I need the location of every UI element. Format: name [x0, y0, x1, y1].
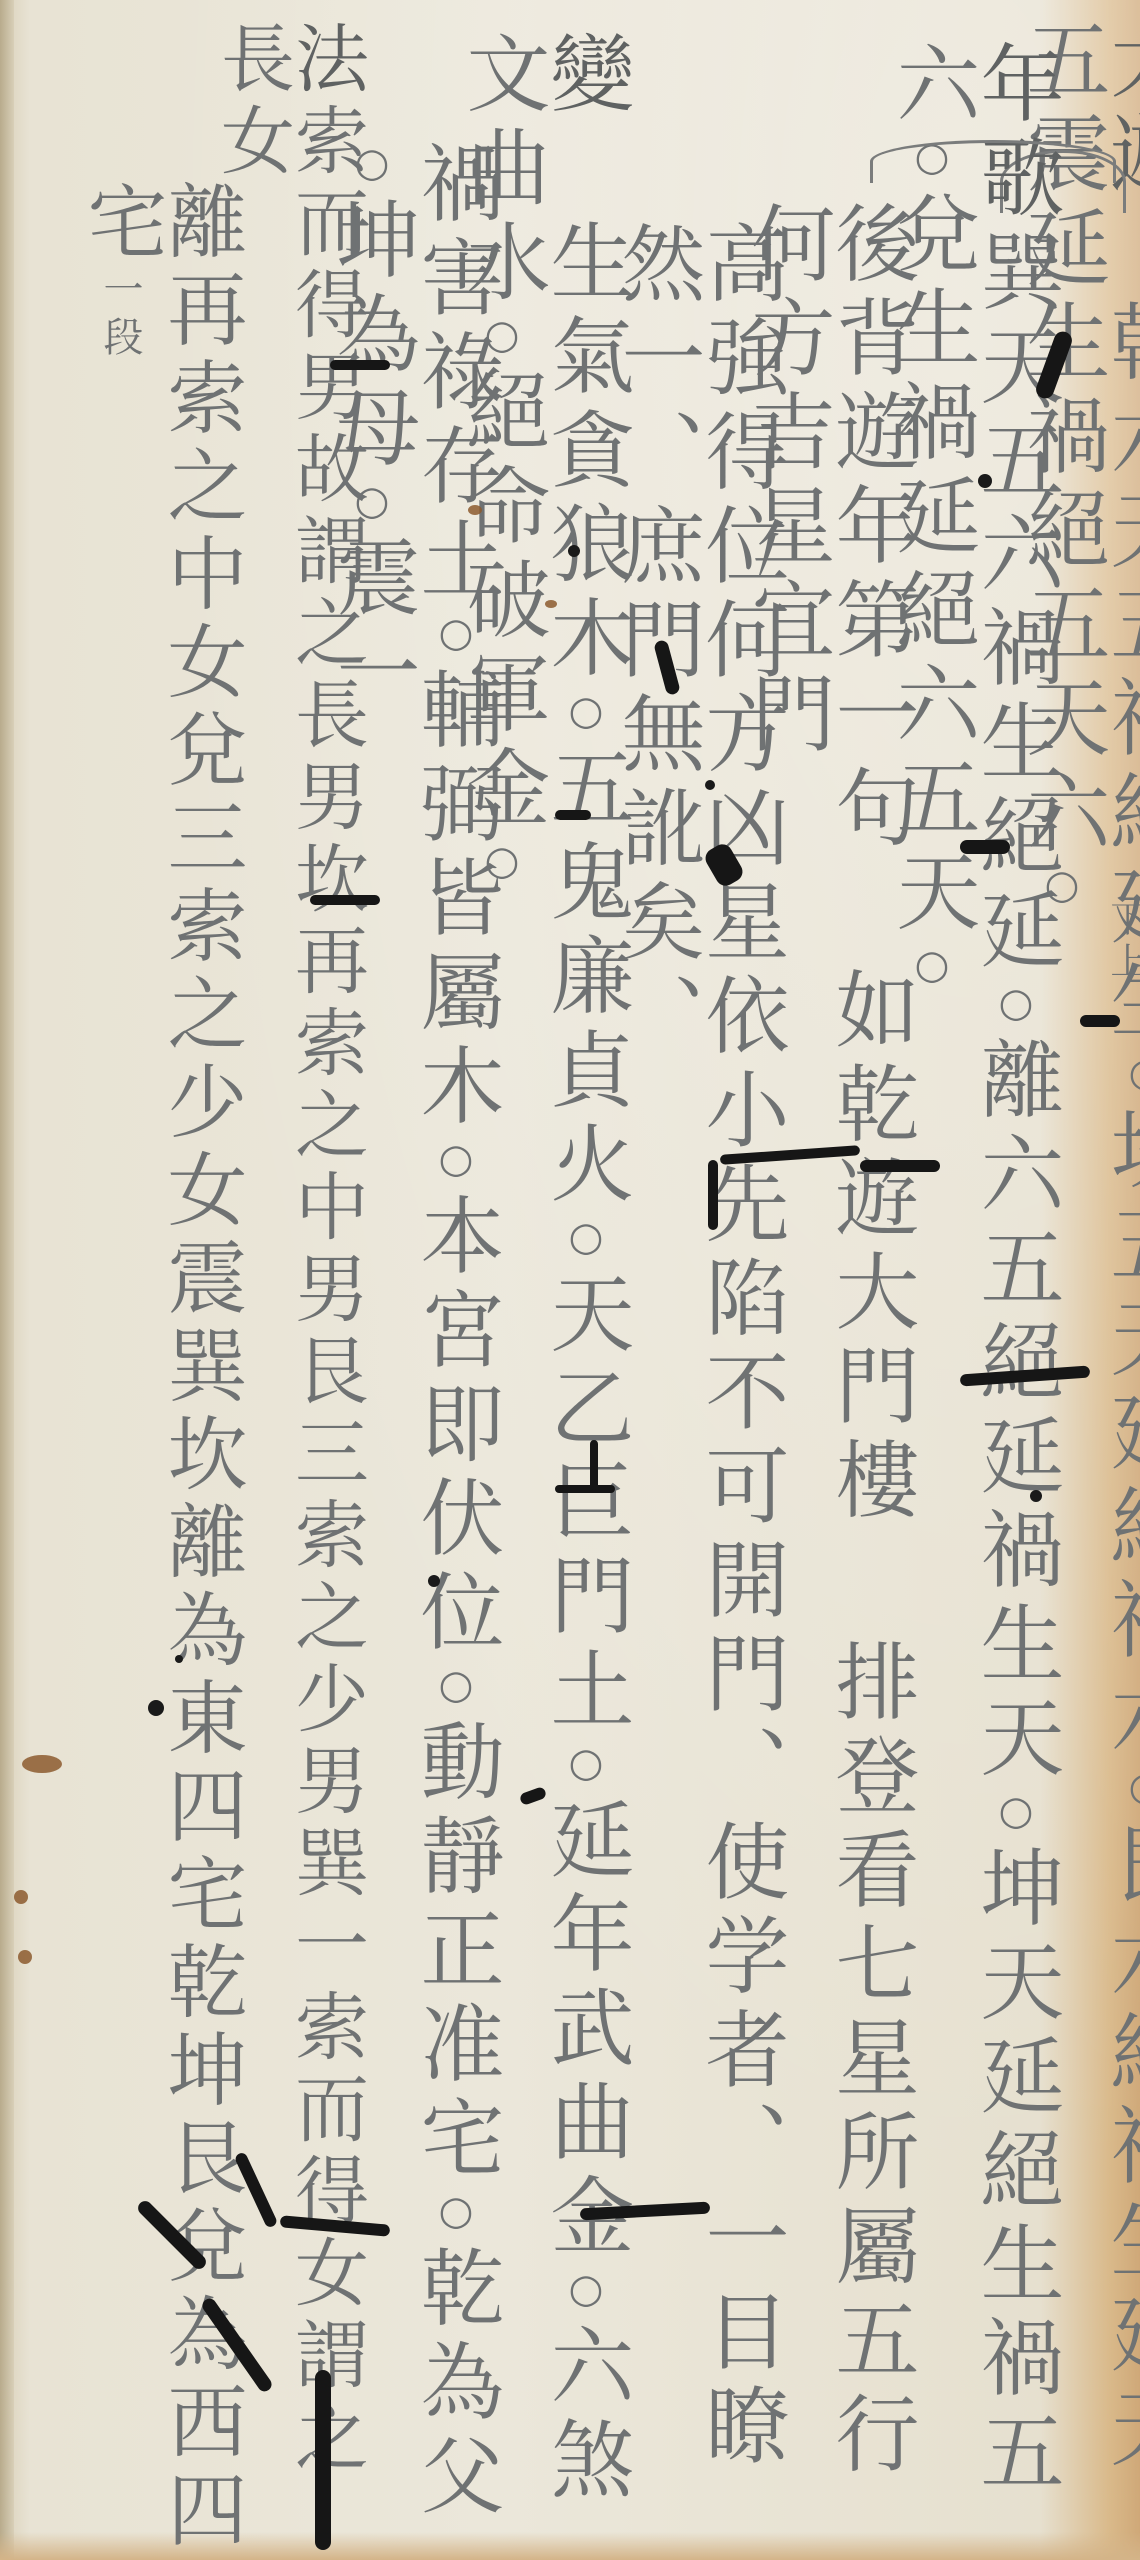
column-5-item: 延年武曲金: [537, 1796, 635, 2266]
paper-stain: [22, 1755, 62, 1773]
column-1-text-2: 坎五天延絕禍六: [1097, 1106, 1140, 1764]
circle-mark: ○: [993, 980, 1039, 1036]
ink-dot: [568, 545, 580, 557]
paper-stain: [14, 1890, 28, 1904]
circle-mark: ○: [433, 1662, 479, 1718]
paper-stain: [545, 600, 557, 608]
column-6-item: 本宮即伏位: [407, 1192, 505, 1662]
ink-mark: [1080, 1015, 1120, 1027]
column-2-heading: 年歌: [967, 40, 1065, 228]
column-6-item: 乾為父: [407, 2244, 505, 2526]
ink-mark: [310, 895, 380, 905]
ink-mark: [555, 1485, 615, 1493]
page-binding-edge: [0, 0, 14, 2560]
circle-mark: ○: [563, 1740, 609, 1796]
ink-dot: [148, 1700, 164, 1716]
column-1-annotation: 下上: [1100, 900, 1140, 984]
ink-dot: [1030, 1490, 1042, 1502]
column-8-footer: 一段: [97, 268, 143, 364]
column-5-item: 天乙巨門土: [537, 1270, 635, 1740]
ink-mark: [708, 1160, 718, 1230]
ink-mark: [555, 810, 591, 820]
column-8-text: 離再索之中女兌三索之少女: [154, 180, 247, 1236]
column-6-item: 動靜正准宅: [407, 1718, 505, 2188]
heading-bracket: [870, 140, 1116, 183]
circle-mark: ○: [433, 2188, 479, 2244]
column-5-gap: [537, 124, 635, 218]
ink-mark: [315, 2370, 331, 2550]
column-2-text: 巽天五六禍生絕延: [967, 228, 1065, 980]
ink-mark: [590, 1440, 598, 1490]
paper-stain: [18, 1950, 32, 1964]
circle-mark: ○: [563, 1214, 609, 1270]
paper-stain: [468, 505, 482, 515]
circle-mark: ○: [563, 2266, 609, 2322]
circle-mark: ○: [563, 688, 609, 744]
column-6-item: 禍害祿存土: [407, 140, 505, 610]
circle-mark: ○: [433, 1136, 479, 1192]
column-7-heading: 法: [283, 20, 369, 102]
ink-mark: [860, 1160, 940, 1172]
column-5-item: 生氣貪狼木: [537, 218, 635, 688]
manuscript-page: 大遊 乾六天五禍絕延生○坎五天延絕禍六○艮六絕禍生延天五震延生禍絕五天六○ 下上…: [0, 0, 1140, 2560]
circle-mark: ○: [1123, 1764, 1140, 1820]
column-8: 離再索之中女兌三索之少女震巽坎離為東四宅乾坤艮兌為西四宅一段: [80, 180, 240, 2560]
column-8-text-2: 震巽坎離為東四宅: [154, 1236, 247, 1940]
column-4-text: 高強得位何方凶星依小先陷不可開門、使学者、一目瞭然一、庶門無訛矣、: [608, 220, 790, 2476]
ink-dot: [428, 1575, 440, 1587]
ink-mark: [330, 360, 390, 370]
column-5-heading: 變: [537, 30, 635, 124]
column-6-item: 輔弼皆屬木: [407, 666, 505, 1136]
ink-mark: [960, 840, 1010, 854]
ink-dot: [978, 474, 992, 488]
ink-dot: [175, 1655, 183, 1663]
circle-mark: ○: [1123, 1050, 1140, 1106]
column-2-text-2: 離六五絕延禍生天: [967, 1036, 1065, 1788]
ink-dot: [705, 780, 715, 790]
circle-mark: ○: [433, 610, 479, 666]
circle-mark: ○: [993, 1788, 1039, 1844]
